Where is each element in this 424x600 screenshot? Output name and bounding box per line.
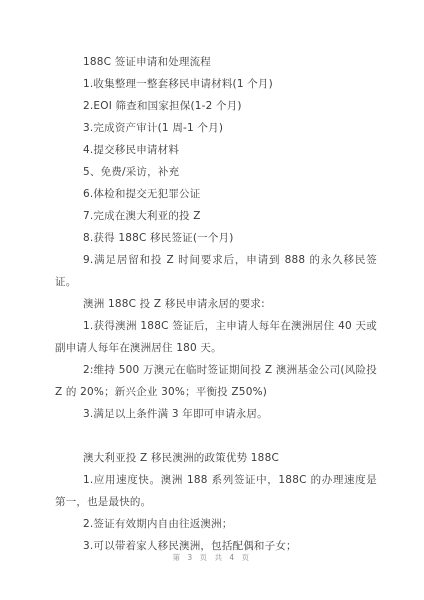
process-step-5: 5、免费/采访，补充 [55, 161, 377, 183]
process-step-3: 3.完成资产审计(1 周-1 个月) [55, 117, 377, 139]
process-step-9: 9.满足居留和投 Z 时间要求后，申请到 888 的永久移民签证。 [55, 249, 377, 293]
requirement-item-1: 1.获得澳洲 188C 签证后，主申请人每年在澳洲居住 40 天或副申请人每年在… [55, 315, 377, 359]
process-step-7: 7.完成在澳大利亚的投 Z [55, 205, 377, 227]
document-page: 188C 签证申请和处理流程 1.收集整理一整套移民申请材料(1 个月) 2.E… [0, 0, 424, 600]
process-step-4: 4.提交移民申请材料 [55, 139, 377, 161]
advantage-item-1: 1.应用速度快。澳洲 188 系列签证中，188C 的办理速度是第一，也是最快的… [55, 469, 377, 513]
section-title-policy-advantages: 澳大利亚投 Z 移民澳洲的政策优势 188C [55, 447, 377, 469]
page-number: 第 3 页 共 4 页 [0, 552, 424, 563]
process-step-1: 1.收集整理一整套移民申请材料(1 个月) [55, 73, 377, 95]
process-step-8: 8.获得 188C 移民签证(一个月) [55, 227, 377, 249]
section-title-pr-requirements: 澳洲 188C 投 Z 移民申请永居的要求: [55, 293, 377, 315]
process-step-6: 6.体检和提交无犯罪公证 [55, 183, 377, 205]
process-step-2: 2.EOI 筛查和国家担保(1-2 个月) [55, 95, 377, 117]
section-title-application-process: 188C 签证申请和处理流程 [55, 51, 377, 73]
advantage-item-2: 2.签证有效期内自由往返澳洲； [55, 513, 377, 535]
document-body: 188C 签证申请和处理流程 1.收集整理一整套移民申请材料(1 个月) 2.E… [55, 51, 377, 557]
requirement-item-2: 2:维持 500 万澳元在临时签证期间投 Z 澳洲基金公司(风险投 Z 的 20… [55, 359, 377, 403]
requirement-item-3: 3.满足以上条件满 3 年即可申请永居。 [55, 403, 377, 425]
